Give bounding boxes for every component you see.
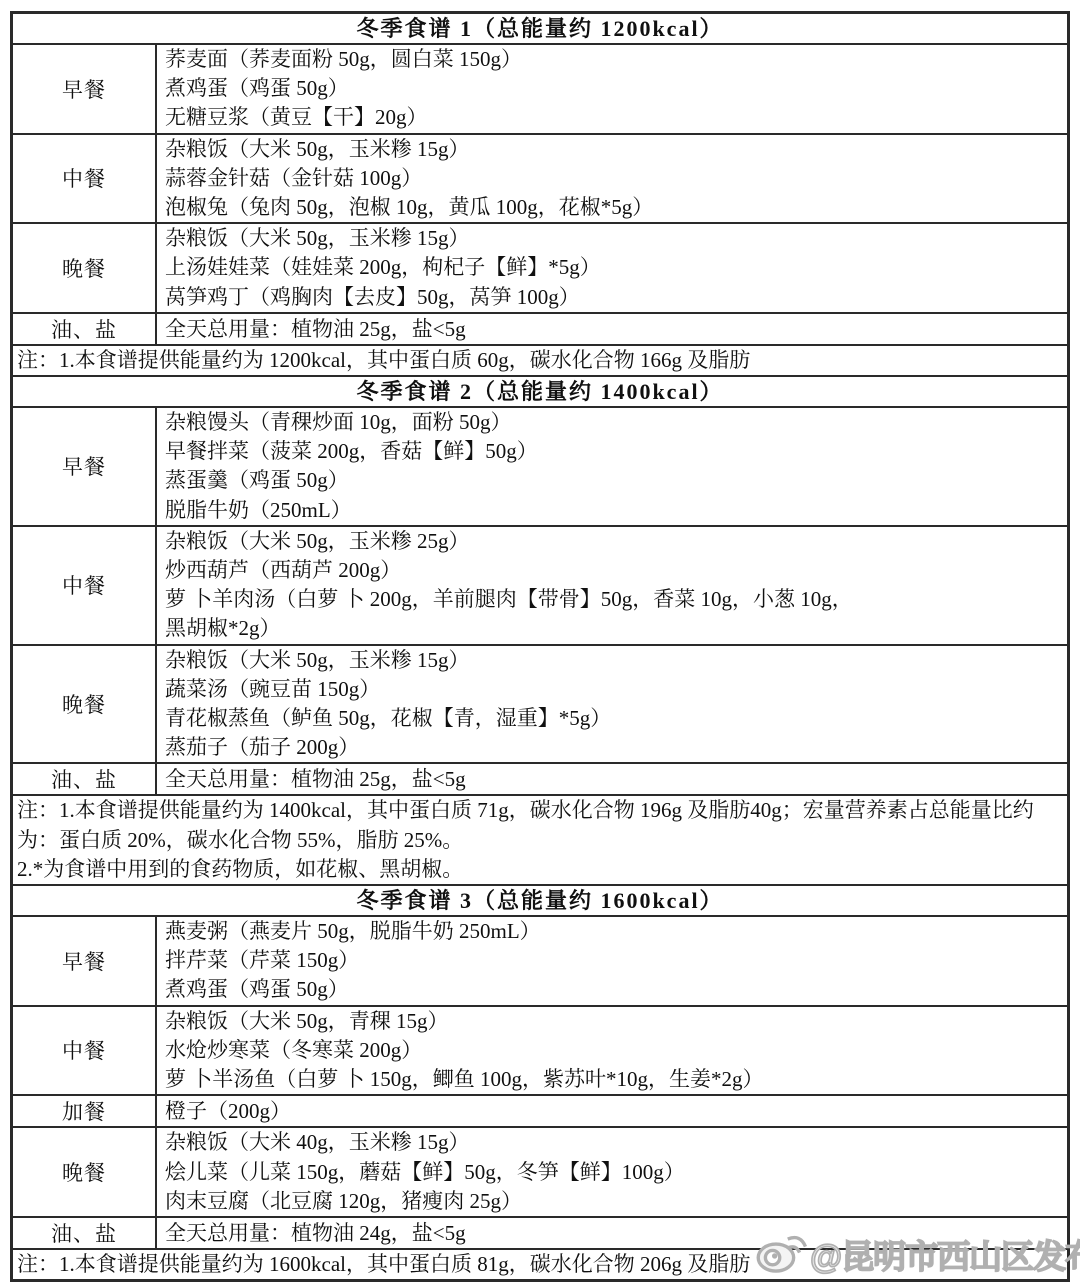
- meal-label: 加餐: [13, 1096, 157, 1126]
- meal-row-lunch: 中餐 杂粮饭（大米 50g，玉米糁 25g） 炒西葫芦（西葫芦 200g） 萝 …: [13, 525, 1067, 644]
- dish-item: 脱脂牛奶（250mL）: [165, 496, 1059, 525]
- dish-item: 上汤娃娃菜（娃娃菜 200g，枸杞子【鲜】*5g）: [165, 253, 1059, 282]
- meal-row-extra: 加餐 橙子（200g）: [13, 1094, 1067, 1126]
- dishes-cell: 杂粮饭（大米 50g，玉米糁 25g） 炒西葫芦（西葫芦 200g） 萝 卜羊肉…: [157, 527, 1067, 644]
- dish-item: 煮鸡蛋（鸡蛋 50g）: [165, 74, 1059, 103]
- meal-row-lunch: 中餐 杂粮饭（大米 50g，玉米糁 15g） 蒜蓉金针菇（金针菇 100g） 泡…: [13, 133, 1067, 223]
- meal-row-breakfast: 早餐 杂粮馒头（青稞炒面 10g，面粉 50g） 早餐拌菜（菠菜 200g，香菇…: [13, 406, 1067, 525]
- dish-item: 早餐拌菜（菠菜 200g，香菇【鲜】50g）: [165, 437, 1059, 466]
- dish-item: 青花椒蒸鱼（鲈鱼 50g，花椒【青，湿重】*5g）: [165, 704, 1059, 733]
- dish-item: 蒸茄子（茄子 200g）: [165, 733, 1059, 762]
- meal-label: 晚餐: [13, 224, 157, 312]
- dishes-cell: 荞麦面（荞麦面粉 50g，圆白菜 150g） 煮鸡蛋（鸡蛋 50g） 无糖豆浆（…: [157, 45, 1067, 133]
- dish-item: 水炝炒寒菜（冬寒菜 200g）: [165, 1036, 1059, 1065]
- section-title: 冬季食谱 2（总能量约 1400kcal）: [13, 375, 1067, 406]
- dish-item: 泡椒兔（兔肉 50g，泡椒 10g，黄瓜 100g，花椒*5g）: [165, 193, 1059, 222]
- note-row: 注：1.本食谱提供能量约为 1400kcal，其中蛋白质 71g，碳水化合物 1…: [13, 794, 1067, 884]
- dish-item: 杂粮饭（大米 50g，玉米糁 15g）: [165, 646, 1059, 675]
- dish-item: 炒西葫芦（西葫芦 200g）: [165, 556, 1059, 585]
- dish-item: 烩儿菜（儿菜 150g，蘑菇【鲜】50g，冬笋【鲜】100g）: [165, 1158, 1059, 1187]
- meal-row-dinner: 晚餐 杂粮饭（大米 50g，玉米糁 15g） 蔬菜汤（豌豆苗 150g） 青花椒…: [13, 644, 1067, 763]
- dish-item: 荞麦面（荞麦面粉 50g，圆白菜 150g）: [165, 45, 1059, 74]
- dish-item: 萝 卜半汤鱼（白萝 卜 150g，鲫鱼 100g，紫苏叶*10g，生姜*2g）: [165, 1065, 1059, 1094]
- note-line: 注：1.本食谱提供能量约为 1400kcal，其中蛋白质 71g，碳水化合物 1…: [17, 796, 1063, 854]
- meal-row-dinner: 晚餐 杂粮饭（大米 50g，玉米糁 15g） 上汤娃娃菜（娃娃菜 200g，枸杞…: [13, 222, 1067, 312]
- meal-row-oil-salt: 油、盐 全天总用量：植物油 25g，盐<5g: [13, 312, 1067, 344]
- daily-oil-salt-total: 全天总用量：植物油 25g，盐<5g: [165, 764, 1059, 794]
- section-title: 冬季食谱 3（总能量约 1600kcal）: [13, 884, 1067, 915]
- meal-label: 中餐: [13, 135, 157, 223]
- meal-label: 早餐: [13, 45, 157, 133]
- dish-item: 肉末豆腐（北豆腐 120g，猪瘦肉 25g）: [165, 1187, 1059, 1216]
- dish-item: 无糖豆浆（黄豆【干】20g）: [165, 103, 1059, 132]
- dish-item: 蒸蛋羹（鸡蛋 50g）: [165, 466, 1059, 495]
- winter-recipe-table: 冬季食谱 1（总能量约 1200kcal） 早餐 荞麦面（荞麦面粉 50g，圆白…: [10, 11, 1070, 1282]
- section-winter-recipe-1: 冬季食谱 1（总能量约 1200kcal） 早餐 荞麦面（荞麦面粉 50g，圆白…: [13, 14, 1067, 375]
- meal-row-dinner: 晚餐 杂粮饭（大米 40g，玉米糁 15g） 烩儿菜（儿菜 150g，蘑菇【鲜】…: [13, 1126, 1067, 1216]
- meal-label: 油、盐: [13, 1218, 157, 1248]
- meal-label: 早餐: [13, 408, 157, 525]
- dish-item: 蒜蓉金针菇（金针菇 100g）: [165, 164, 1059, 193]
- dishes-cell: 杂粮饭（大米 40g，玉米糁 15g） 烩儿菜（儿菜 150g，蘑菇【鲜】50g…: [157, 1128, 1067, 1216]
- meal-row-lunch: 中餐 杂粮饭（大米 50g，青稞 15g） 水炝炒寒菜（冬寒菜 200g） 萝 …: [13, 1005, 1067, 1095]
- dish-item: 莴笋鸡丁（鸡胸肉【去皮】50g，莴笋 100g）: [165, 283, 1059, 312]
- dish-item: 杂粮饭（大米 50g，玉米糁 15g）: [165, 135, 1059, 164]
- dishes-cell: 杂粮饭（大米 50g，玉米糁 15g） 上汤娃娃菜（娃娃菜 200g，枸杞子【鲜…: [157, 224, 1067, 312]
- dishes-cell: 全天总用量：植物油 25g，盐<5g: [157, 764, 1067, 794]
- dish-item: 拌芹菜（芹菜 150g）: [165, 946, 1059, 975]
- dish-item: 煮鸡蛋（鸡蛋 50g）: [165, 975, 1059, 1004]
- dishes-cell: 燕麦粥（燕麦片 50g，脱脂牛奶 250mL） 拌芹菜（芹菜 150g） 煮鸡蛋…: [157, 917, 1067, 1005]
- dish-item: 萝 卜羊肉汤（白萝 卜 200g，羊前腿肉【带骨】50g，香菜 10g，小葱 1…: [165, 585, 865, 643]
- meal-label: 晚餐: [13, 646, 157, 763]
- dishes-cell: 杂粮饭（大米 50g，青稞 15g） 水炝炒寒菜（冬寒菜 200g） 萝 卜半汤…: [157, 1007, 1067, 1095]
- dishes-cell: 全天总用量：植物油 25g，盐<5g: [157, 314, 1067, 344]
- dish-item: 杂粮饭（大米 50g，玉米糁 15g）: [165, 224, 1059, 253]
- section-title: 冬季食谱 1（总能量约 1200kcal）: [13, 14, 1067, 43]
- meal-row-breakfast: 早餐 荞麦面（荞麦面粉 50g，圆白菜 150g） 煮鸡蛋（鸡蛋 50g） 无糖…: [13, 43, 1067, 133]
- meal-label: 中餐: [13, 1007, 157, 1095]
- section-winter-recipe-3: 冬季食谱 3（总能量约 1600kcal） 早餐 燕麦粥（燕麦片 50g，脱脂牛…: [13, 884, 1067, 1279]
- meal-label: 晚餐: [13, 1128, 157, 1216]
- note-row: 注：1.本食谱提供能量约为 1200kcal，其中蛋白质 60g，碳水化合物 1…: [13, 344, 1067, 375]
- meal-row-oil-salt: 油、盐 全天总用量：植物油 25g，盐<5g: [13, 762, 1067, 794]
- dish-item: 蔬菜汤（豌豆苗 150g）: [165, 675, 1059, 704]
- meal-label: 早餐: [13, 917, 157, 1005]
- dish-item: 杂粮饭（大米 50g，青稞 15g）: [165, 1007, 1059, 1036]
- daily-oil-salt-total: 全天总用量：植物油 25g，盐<5g: [165, 314, 1059, 344]
- dish-item: 杂粮饭（大米 50g，玉米糁 25g）: [165, 527, 1059, 556]
- section-winter-recipe-2: 冬季食谱 2（总能量约 1400kcal） 早餐 杂粮馒头（青稞炒面 10g，面…: [13, 375, 1067, 884]
- dishes-cell: 杂粮饭（大米 50g，玉米糁 15g） 蒜蓉金针菇（金针菇 100g） 泡椒兔（…: [157, 135, 1067, 223]
- dishes-cell: 橙子（200g）: [157, 1096, 1067, 1126]
- meal-label: 中餐: [13, 527, 157, 644]
- watermark-text: @昆明市西山区发布: [810, 1231, 1080, 1278]
- meal-label: 油、盐: [13, 764, 157, 794]
- dishes-cell: 杂粮饭（大米 50g，玉米糁 15g） 蔬菜汤（豌豆苗 150g） 青花椒蒸鱼（…: [157, 646, 1067, 763]
- meal-label: 油、盐: [13, 314, 157, 344]
- dish-item: 橙子（200g）: [165, 1096, 1059, 1126]
- note-line: 2.*为食谱中用到的食药物质，如花椒、黑胡椒。: [17, 855, 1063, 884]
- dish-item: 杂粮饭（大米 40g，玉米糁 15g）: [165, 1128, 1059, 1157]
- dish-item: 燕麦粥（燕麦片 50g，脱脂牛奶 250mL）: [165, 917, 1059, 946]
- meal-row-breakfast: 早餐 燕麦粥（燕麦片 50g，脱脂牛奶 250mL） 拌芹菜（芹菜 150g） …: [13, 915, 1067, 1005]
- watermark: @昆明市西山区发布: [754, 1226, 1080, 1282]
- dish-item: 杂粮馒头（青稞炒面 10g，面粉 50g）: [165, 408, 1059, 437]
- dishes-cell: 杂粮馒头（青稞炒面 10g，面粉 50g） 早餐拌菜（菠菜 200g，香菇【鲜】…: [157, 408, 1067, 525]
- weibo-logo-icon: [754, 1225, 810, 1283]
- note-line: 注：1.本食谱提供能量约为 1200kcal，其中蛋白质 60g，碳水化合物 1…: [17, 346, 1063, 375]
